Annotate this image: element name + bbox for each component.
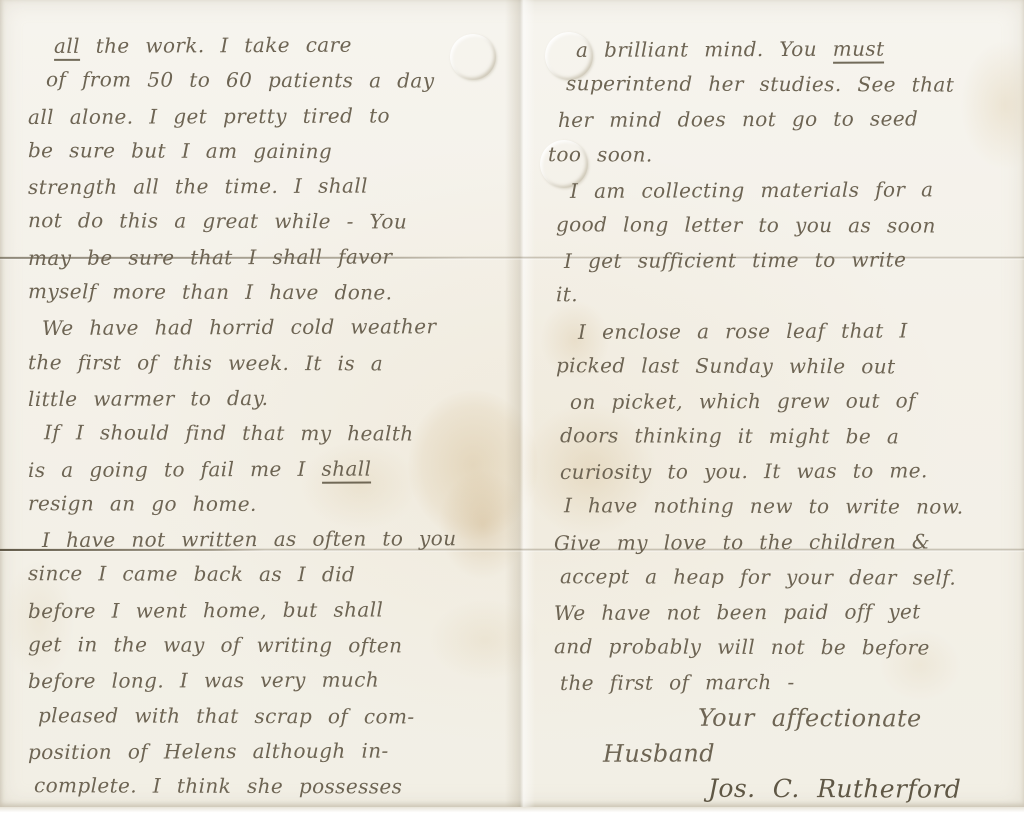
- letter-line: may be sure that I shall favor: [28, 239, 508, 276]
- letter-text: complete. I think she possesses: [34, 773, 402, 798]
- letter-text: resign an go home.: [28, 491, 257, 516]
- letter-line: We have not been paid off yet: [548, 594, 1018, 631]
- letter-text: little warmer to day.: [28, 386, 268, 411]
- letter-line: myself more than I have done.: [28, 274, 508, 311]
- letter-text: position of Helens although in-: [28, 738, 389, 764]
- letter-text: is a going to fail me I: [28, 456, 322, 481]
- letter-line: superintend her studies. See that: [548, 66, 1018, 103]
- letter-text: may be sure that I shall favor: [28, 244, 392, 270]
- letter-line: I have not written as often to you: [28, 521, 508, 558]
- letter-text: doors thinking it might be a: [560, 423, 899, 448]
- letter-line: of from 50 to 60 patients a day: [28, 62, 508, 99]
- letter-line: complete. I think she possesses: [28, 768, 508, 805]
- letter-text: We have not been paid off yet: [554, 599, 921, 625]
- letter-text: before long. I was very much: [28, 668, 379, 694]
- letter-line: Jos. C. Rutherford: [548, 770, 1018, 807]
- letter-line: is a going to fail me I shall: [28, 451, 508, 488]
- letter-text: I have not written as often to you: [42, 526, 457, 552]
- letter-line: and probably will not be before: [548, 629, 1018, 666]
- letter-text: I am collecting materials for a: [570, 177, 934, 203]
- letter-text: the first of march -: [560, 670, 795, 695]
- letter-line: the first of this week. It is a: [28, 345, 508, 382]
- letter-text: on picket, which grew out of: [570, 388, 916, 414]
- letter-line: too soon.: [548, 137, 1018, 174]
- letter-text: not do this a great while - You: [28, 209, 407, 234]
- letter-text: good long letter to you as soon: [556, 212, 936, 237]
- underlined-word: shall: [321, 456, 371, 483]
- letter-text: strength all the time. I shall: [28, 174, 368, 199]
- letter-line: before I went home, but shall: [28, 592, 508, 629]
- letter-line: position of Helens although in-: [28, 733, 508, 770]
- letter-text: of from 50 to 60 patients a day: [46, 68, 435, 93]
- letter-text: Jos. C. Rutherford: [708, 774, 961, 804]
- letter-line: Husband: [548, 735, 1018, 772]
- letter-line: resign an go home.: [28, 486, 508, 523]
- letter-line: doors thinking it might be a: [548, 418, 1018, 455]
- left-page-text: all the work. I take careof from 50 to 6…: [28, 28, 508, 805]
- letter-line: a brilliant mind. You must: [548, 31, 1018, 68]
- letter-line: I have nothing new to write now.: [548, 489, 1018, 526]
- letter-text: I enclose a rose leaf that I: [578, 318, 908, 343]
- letter-text: be sure but I am gaining: [28, 138, 332, 163]
- letter-text: Husband: [603, 739, 715, 767]
- letter-line: I am collecting materials for a: [548, 172, 1018, 209]
- right-page-text: a brilliant mind. You mustsuperintend he…: [548, 32, 1018, 806]
- letter-text: all alone. I get pretty tired to: [28, 103, 390, 129]
- letter-line: good long letter to you as soon: [548, 207, 1018, 244]
- letter-text: I have nothing new to write now.: [564, 494, 964, 519]
- letter-text: before I went home, but shall: [28, 597, 383, 623]
- letter-line: little warmer to day.: [28, 380, 508, 417]
- letter-text: superintend her studies. See that: [566, 71, 954, 96]
- letter-line: strength all the time. I shall: [28, 168, 508, 205]
- letter-line: curiosity to you. It was to me.: [548, 453, 1018, 490]
- letter-line: accept a heap for your dear self.: [548, 559, 1018, 596]
- letter-text: get in the way of writing often: [28, 632, 403, 657]
- letter-line: on picket, which grew out of: [548, 383, 1018, 420]
- vertical-fold-crease: [505, 0, 535, 807]
- letter-text: the first of this week. It is a: [28, 350, 383, 375]
- letter-text: myself more than I have done.: [28, 279, 393, 304]
- underlined-word: all: [54, 34, 80, 61]
- letter-text: I get sufficient time to write: [564, 248, 906, 273]
- letter-line: before long. I was very much: [28, 662, 508, 699]
- letter-text: We have had horrid cold weather: [42, 315, 436, 341]
- letter-scan: all the work. I take careof from 50 to 6…: [0, 0, 1024, 819]
- letter-line: not do this a great while - You: [28, 204, 508, 241]
- letter-text: and probably will not be before: [554, 634, 930, 659]
- letter-text: it.: [556, 283, 578, 307]
- letter-line: picked last Sunday while out: [548, 348, 1018, 385]
- letter-line: all alone. I get pretty tired to: [28, 98, 508, 135]
- letter-line: Give my love to the children &: [548, 524, 1018, 561]
- letter-text: picked last Sunday while out: [556, 353, 896, 378]
- letter-line: Your affectionate: [548, 700, 1018, 737]
- letter-text: Give my love to the children &: [554, 529, 930, 555]
- letter-text: since I came back as I did: [28, 562, 355, 587]
- letter-text: curiosity to you. It was to me.: [560, 459, 928, 485]
- letter-text: a brilliant mind. You: [576, 37, 833, 62]
- letter-line: it.: [548, 277, 1018, 314]
- letter-line: If I should find that my health: [28, 415, 508, 452]
- letter-line: be sure but I am gaining: [28, 133, 508, 170]
- letter-text: too soon.: [548, 142, 653, 166]
- letter-line: all the work. I take care: [28, 27, 508, 64]
- letter-text: pleased with that scrap of com-: [38, 703, 415, 728]
- letter-text: accept a heap for your dear self.: [560, 564, 956, 589]
- letter-line: I get sufficient time to write: [548, 242, 1018, 279]
- letter-line: her mind does not go to seed: [548, 101, 1018, 138]
- scan-background: [0, 807, 1024, 819]
- letter-line: I enclose a rose leaf that I: [548, 312, 1018, 349]
- underlined-word: must: [833, 37, 885, 64]
- letter-text: Your affectionate: [698, 703, 922, 732]
- letter-text: If I should find that my health: [44, 420, 414, 445]
- letter-text: her mind does not go to seed: [558, 107, 918, 133]
- letter-line: since I came back as I did: [28, 557, 508, 594]
- letter-line: We have had horrid cold weather: [28, 309, 508, 346]
- letter-line: get in the way of writing often: [28, 627, 508, 664]
- letter-text: the work. I take care: [80, 33, 352, 58]
- letter-line: pleased with that scrap of com-: [28, 698, 508, 735]
- letter-line: the first of march -: [548, 664, 1018, 701]
